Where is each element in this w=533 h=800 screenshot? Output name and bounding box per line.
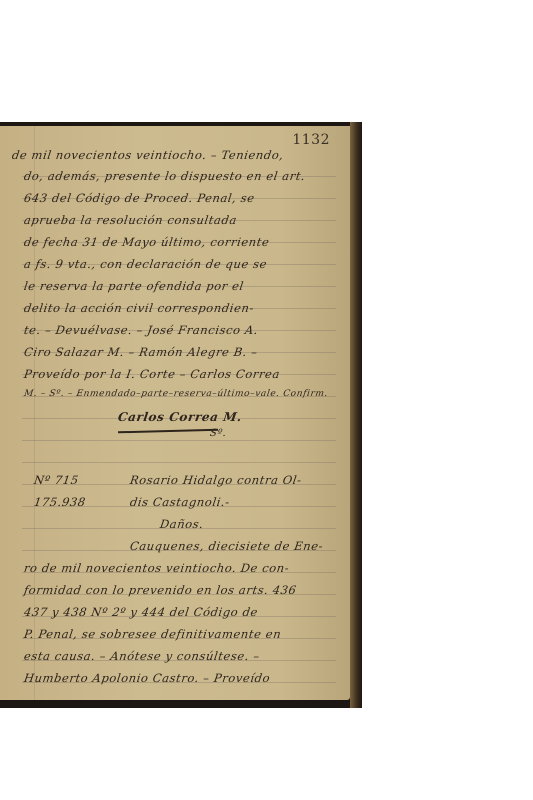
entry1-line: Ciro Salazar M. – Ramón Alegre B. – — [23, 345, 259, 359]
ruled-line — [22, 462, 336, 463]
book-binding — [350, 122, 362, 708]
entry1-line: do, además, presente lo dispuesto en el … — [23, 169, 306, 183]
case-title: dis Castagnoli.- — [129, 495, 231, 509]
entry2-line: Humberto Apolonio Castro. – Proveído — [23, 671, 271, 685]
scanned-page-container: 1132 de mil novecientos veintiocho. – Te… — [0, 122, 362, 708]
case-roll-number: 175.938 — [33, 495, 87, 509]
folio-number: 1132 — [292, 132, 330, 148]
entry1-line: a fs. 9 vta., con declaración de que se — [23, 257, 268, 271]
entry1-line: M. – Sº. – Enmendado–parte–reserva–últim… — [23, 389, 328, 399]
entry1-line: delito la acción civil correspondien- — [23, 301, 255, 315]
entry2-line: esta causa. – Anótese y consúltese. – — [23, 649, 261, 663]
case-type: Daños. — [159, 517, 205, 531]
signature-mark: Sº. — [209, 428, 227, 439]
entry1-line: te. – Devuélvase. – José Francisco A. — [23, 323, 259, 337]
ruled-line — [22, 440, 336, 441]
entry2-line: Cauquenes, diecisiete de Ene- — [129, 539, 324, 553]
signature-flourish — [118, 429, 218, 434]
entry1-line: le reserva la parte ofendida por el — [23, 279, 245, 293]
case-title: Rosario Hidalgo contra Ol- — [129, 473, 303, 487]
entry1-line: aprueba la resolución consultada — [23, 213, 238, 227]
entry1-line: Proveído por la I. Corte – Carlos Correa — [23, 367, 281, 381]
entry2-line: formidad con lo prevenido en los arts. 4… — [23, 583, 298, 597]
ledger-page: 1132 de mil novecientos veintiocho. – Te… — [0, 126, 350, 700]
entry2-line: P. Penal, se sobresee definitivamente en — [23, 627, 282, 641]
signature: Carlos Correa M. — [117, 410, 243, 424]
entry2-line: 437 y 438 Nº 2º y 444 del Código de — [23, 605, 259, 619]
entry2-line: ro de mil novecientos veintiocho. De con… — [23, 561, 290, 575]
entry1-line: de fecha 31 de Mayo último, corriente — [23, 235, 270, 249]
entry1-line: 643 del Código de Proced. Penal, se — [23, 191, 256, 205]
case-number: Nº 715 — [33, 473, 80, 487]
entry1-line: de mil novecientos veintiocho. – Teniend… — [11, 148, 285, 162]
